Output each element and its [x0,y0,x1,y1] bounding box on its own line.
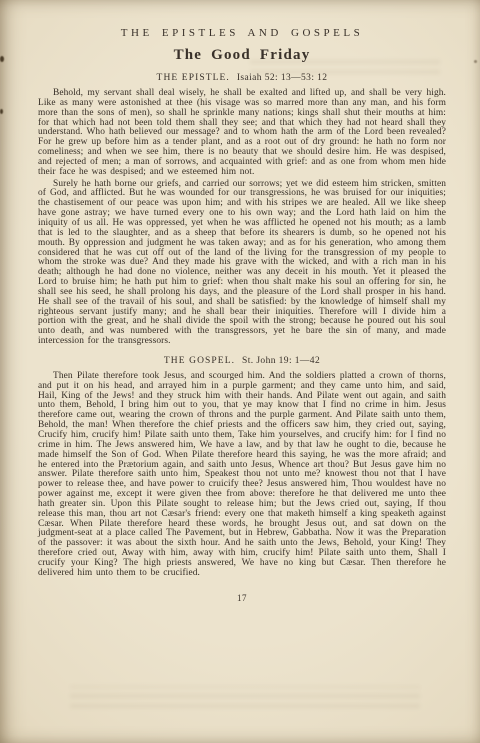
page-title: The Good Friday [38,47,446,64]
epistle-paragraph-2: Surely he hath borne our griefs, and car… [38,180,446,347]
gospel-heading: THE GOSPEL. St. John 19: 1—42 [38,356,446,366]
epistle-paragraph-1: Behold, my servant shall deal wisely, he… [38,89,446,178]
bleed-through-smudge [70,686,420,708]
running-head: THE EPISTLES AND GOSPELS [38,27,446,39]
epistle-body: Behold, my servant shall deal wisely, he… [38,89,446,347]
epistle-heading: THE EPISTLE. Isaiah 52: 13—53: 12 [38,73,446,83]
epistle-heading-label: THE EPISTLE. [157,73,230,83]
gospel-paragraph-1: Then Pilate therefore took Jesus, and sc… [38,372,446,579]
epistle-heading-reference: Isaiah 52: 13—53: 12 [237,73,328,83]
gospel-heading-label: THE GOSPEL. [164,356,235,366]
gospel-body: Then Pilate therefore took Jesus, and sc… [38,372,446,579]
page-content: THE EPISTLES AND GOSPELS The Good Friday… [0,0,480,603]
gospel-heading-reference: St. John 19: 1—42 [242,356,320,366]
gospel-section: THE GOSPEL. St. John 19: 1—42 Then Pilat… [38,356,446,579]
epistle-section: THE EPISTLE. Isaiah 52: 13—53: 12 Behold… [38,73,446,347]
book-page: THE EPISTLES AND GOSPELS The Good Friday… [0,0,480,743]
page-number: 17 [38,593,446,603]
